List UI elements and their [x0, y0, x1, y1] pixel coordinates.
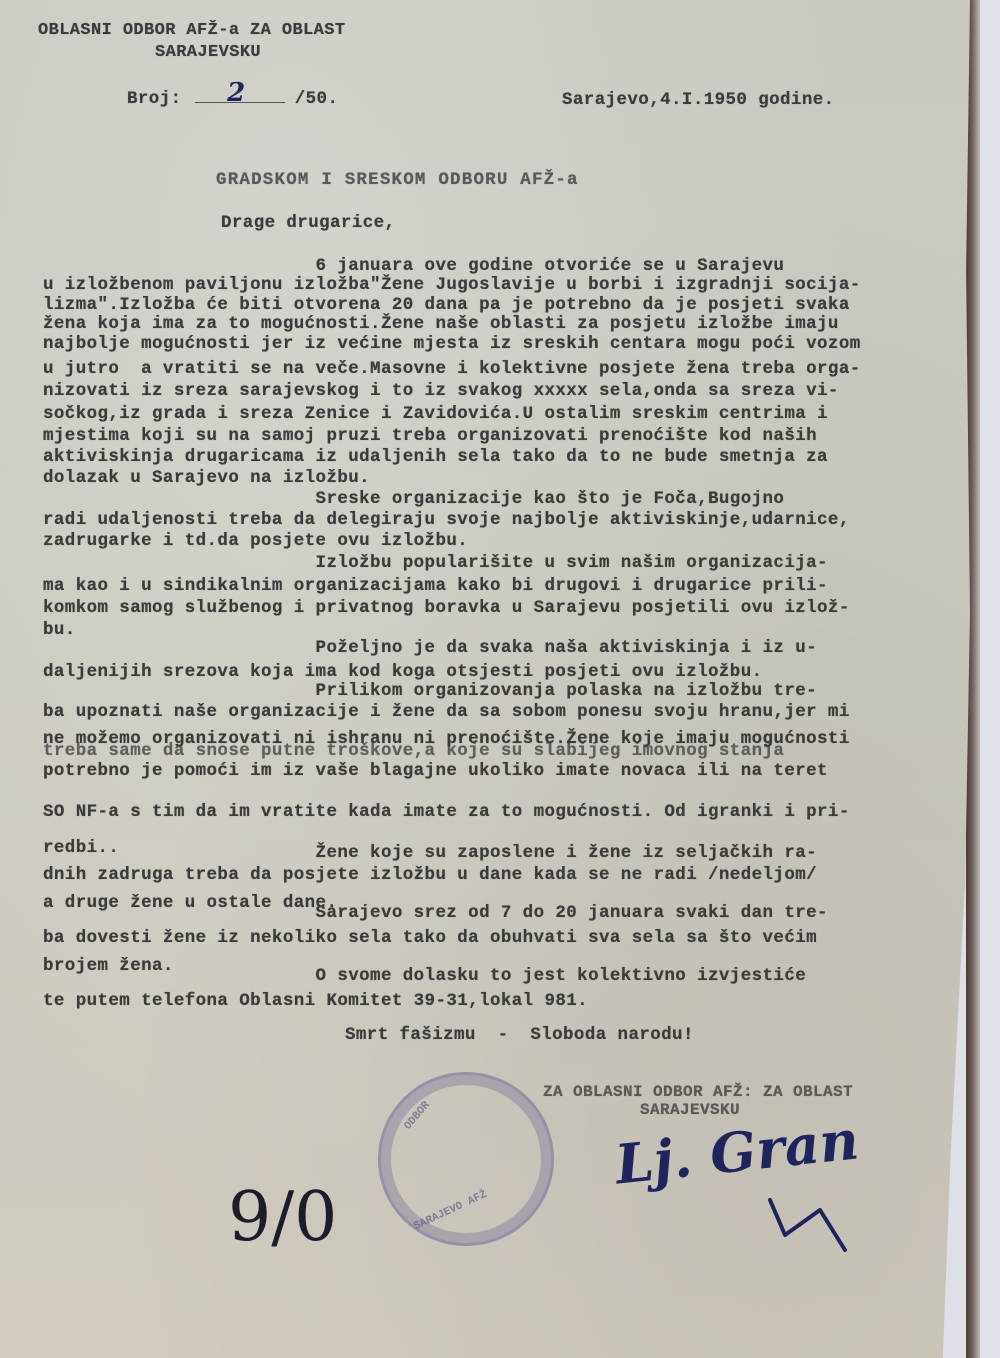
body-line: mjestima koji su na samoj pruzi treba or… — [43, 428, 817, 446]
body-line: nizovati iz sreza sarajevskog i to iz sv… — [43, 383, 839, 401]
body-line: sočkog,iz grada i sreza Zenice i Zavidov… — [43, 406, 828, 424]
handwritten-number: 2 — [227, 78, 245, 108]
number-label: Broj: — [127, 89, 182, 109]
official-stamp: SARAJEVO AFŽ ODBOR — [378, 1072, 554, 1246]
body-line: ma kao i u sindikalnim organizacijama ka… — [43, 578, 828, 596]
body-line: ba upoznati naše organizacije i žene da … — [43, 704, 850, 722]
body-line: ba dovesti žene iz nekoliko sela tako da… — [43, 930, 817, 948]
place-and-date: Sarajevo,4.I.1950 godine. — [562, 92, 835, 110]
body-line: te putem telefona Oblasni Komitet 39-31,… — [43, 993, 588, 1011]
signature-flourish-icon — [760, 1180, 860, 1260]
handwritten-annotation: 9/0 — [228, 1178, 337, 1257]
body-line: potrebno je pomoći im iz vaše blagajne u… — [43, 763, 828, 781]
body-line: O svome dolasku to jest kolektivno izvje… — [43, 968, 806, 986]
body-line: najbolje mogućnosti jer iz većine mjesta… — [43, 336, 861, 354]
stamp-text-bottom: SARAJEVO AFŽ — [412, 1189, 489, 1233]
body-line: lizma".Izložba će biti otvorena 20 dana … — [43, 297, 850, 315]
closing-slogan: Smrt fašizmu - Sloboda narodu! — [345, 1027, 694, 1045]
body-line: Prilikom organizovanja polaska na izložb… — [43, 683, 817, 701]
recipient-line: GRADSKOM I SRESKOM ODBORU AFŽ-a — [216, 172, 579, 190]
body-line: radi udaljenosti treba da delegiraju svo… — [43, 512, 850, 530]
body-line: u jutro a vratiti se na veče.Masovne i k… — [43, 361, 861, 379]
body-line: komkom samog službenog i privatnog borav… — [43, 600, 850, 618]
body-line: Poželjno je da svaka naša aktiviskinja i… — [43, 640, 817, 658]
letterhead-line-1: OBLASNI ODBOR AFŽ-a ZA OBLAST — [38, 22, 345, 39]
body-line: u izložbenom paviljonu izložba"Žene Jugo… — [43, 277, 861, 295]
body-line: 6 januara ove godine otvoriće se u Saraj… — [43, 258, 784, 276]
body-line: aktiviskinja drugaricama iz udaljenih se… — [43, 449, 828, 467]
number-suffix: /50. — [295, 89, 339, 109]
document-page: OBLASNI ODBOR AFŽ-a ZA OBLAST SARAJEVSKU… — [0, 0, 970, 1358]
body-line: daljenijih srezova koja ima kod koga ots… — [43, 664, 763, 682]
body-line: Sreske organizacije kao što je Foča,Bugo… — [43, 491, 784, 509]
body-line: dnih zadruga treba da posjete izložbu u … — [43, 867, 817, 885]
stamp-text-top: ODBOR — [402, 1099, 432, 1132]
body-line: SO NF-a s tim da im vratite kada imate z… — [43, 804, 850, 822]
body-line: Izložbu popularišite u svim našim organi… — [43, 555, 828, 573]
body-line: žena koja ima za to mogućnosti.Žene naše… — [43, 316, 839, 334]
letter-body: 6 januara ove godine otvoriće se u Saraj… — [0, 0, 44, 648]
signature-block-line-2: SARAJEVSKU — [640, 1102, 740, 1118]
signature-block-line-1: ZA OBLASNI ODBOR AFŽ: ZA OBLAST — [543, 1084, 853, 1100]
body-line: dolazak u Sarajevo na izložbu. — [43, 470, 370, 488]
body-line: Žene koje su zaposlene i žene iz seljačk… — [43, 845, 817, 863]
number-blank: 2 — [195, 86, 285, 103]
body-line: zadrugarke i td.da posjete ovu izložbu. — [43, 533, 468, 551]
body-line: bu. — [43, 622, 76, 640]
body-line-overtyped: treba same da snose putne troškove,a koj… — [43, 743, 784, 761]
document-number: Broj: 2 /50. — [127, 86, 338, 109]
salutation: Drage drugarice, — [221, 215, 395, 233]
body-line: Sarajevo srez od 7 do 20 januara svaki d… — [43, 905, 828, 923]
letterhead-line-2: SARAJEVSKU — [155, 44, 261, 61]
